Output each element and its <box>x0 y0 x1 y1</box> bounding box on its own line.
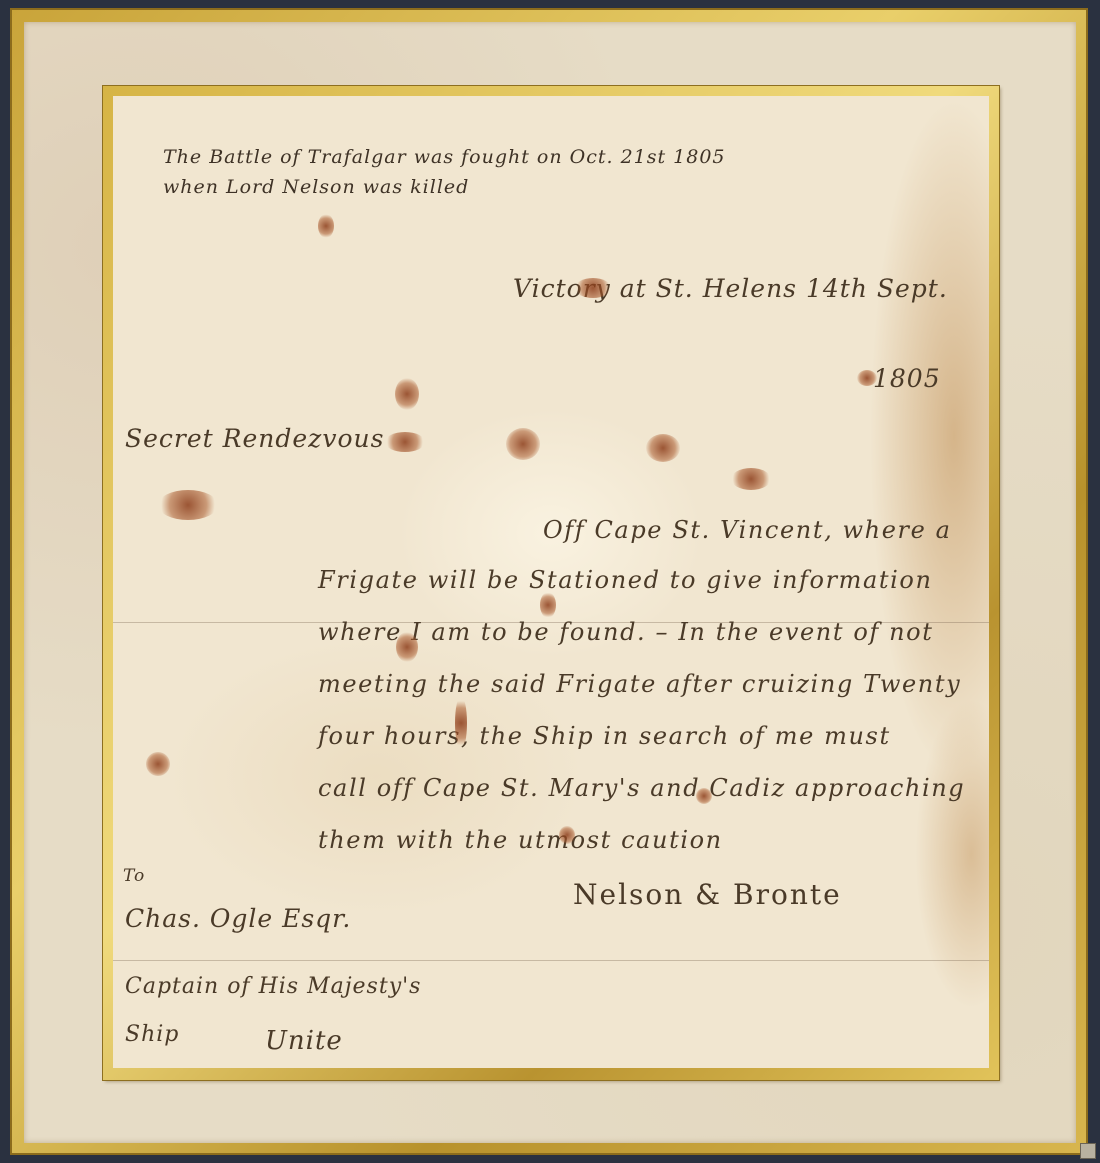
letter-paper: The Battle of Trafalgar was fought on Oc… <box>113 96 989 1068</box>
dateline-year: 1805 <box>873 364 941 393</box>
stain-spot <box>559 826 575 844</box>
body-line: Frigate will be Stationed to give inform… <box>318 566 933 594</box>
annotation-line-2: when Lord Nelson was killed <box>163 176 469 198</box>
stain-spot <box>540 592 556 618</box>
frame-corner-chip <box>1080 1143 1096 1159</box>
address-name: Chas. Ogle Esqr. <box>125 904 351 933</box>
body-line: them with the utmost caution <box>318 826 723 854</box>
address-ship-name: Unite <box>265 1026 343 1056</box>
stain-spot <box>158 490 218 520</box>
stain-spot <box>146 752 170 776</box>
address-title: Captain of His Majesty's <box>125 974 421 999</box>
stain-spot <box>857 370 877 386</box>
stain-spot <box>646 434 680 462</box>
stain-spot <box>506 428 540 460</box>
letter-heading: Secret Rendezvous <box>125 424 384 453</box>
stain-spot <box>318 214 334 238</box>
stain-spot <box>696 788 712 804</box>
body-line: Off Cape St. Vincent, where a <box>543 516 952 544</box>
stain-spot <box>396 632 418 662</box>
stain-spot <box>385 432 425 452</box>
address-to: To <box>123 866 145 886</box>
stain-spot <box>455 696 467 750</box>
body-line: call off Cape St. Mary's and Cadiz appro… <box>318 774 965 802</box>
body-line: four hours, the Ship in search of me mus… <box>318 722 891 750</box>
stain-spot <box>395 378 419 410</box>
fold-line <box>113 960 989 961</box>
annotation-line-1: The Battle of Trafalgar was fought on Oc… <box>163 146 726 168</box>
signature: Nelson & Bronte <box>573 878 842 911</box>
address-ship-label: Ship <box>125 1022 179 1047</box>
stain-spot <box>575 278 611 298</box>
body-line: meeting the said Frigate after cruizing … <box>318 670 961 698</box>
stain-spot <box>731 468 771 490</box>
